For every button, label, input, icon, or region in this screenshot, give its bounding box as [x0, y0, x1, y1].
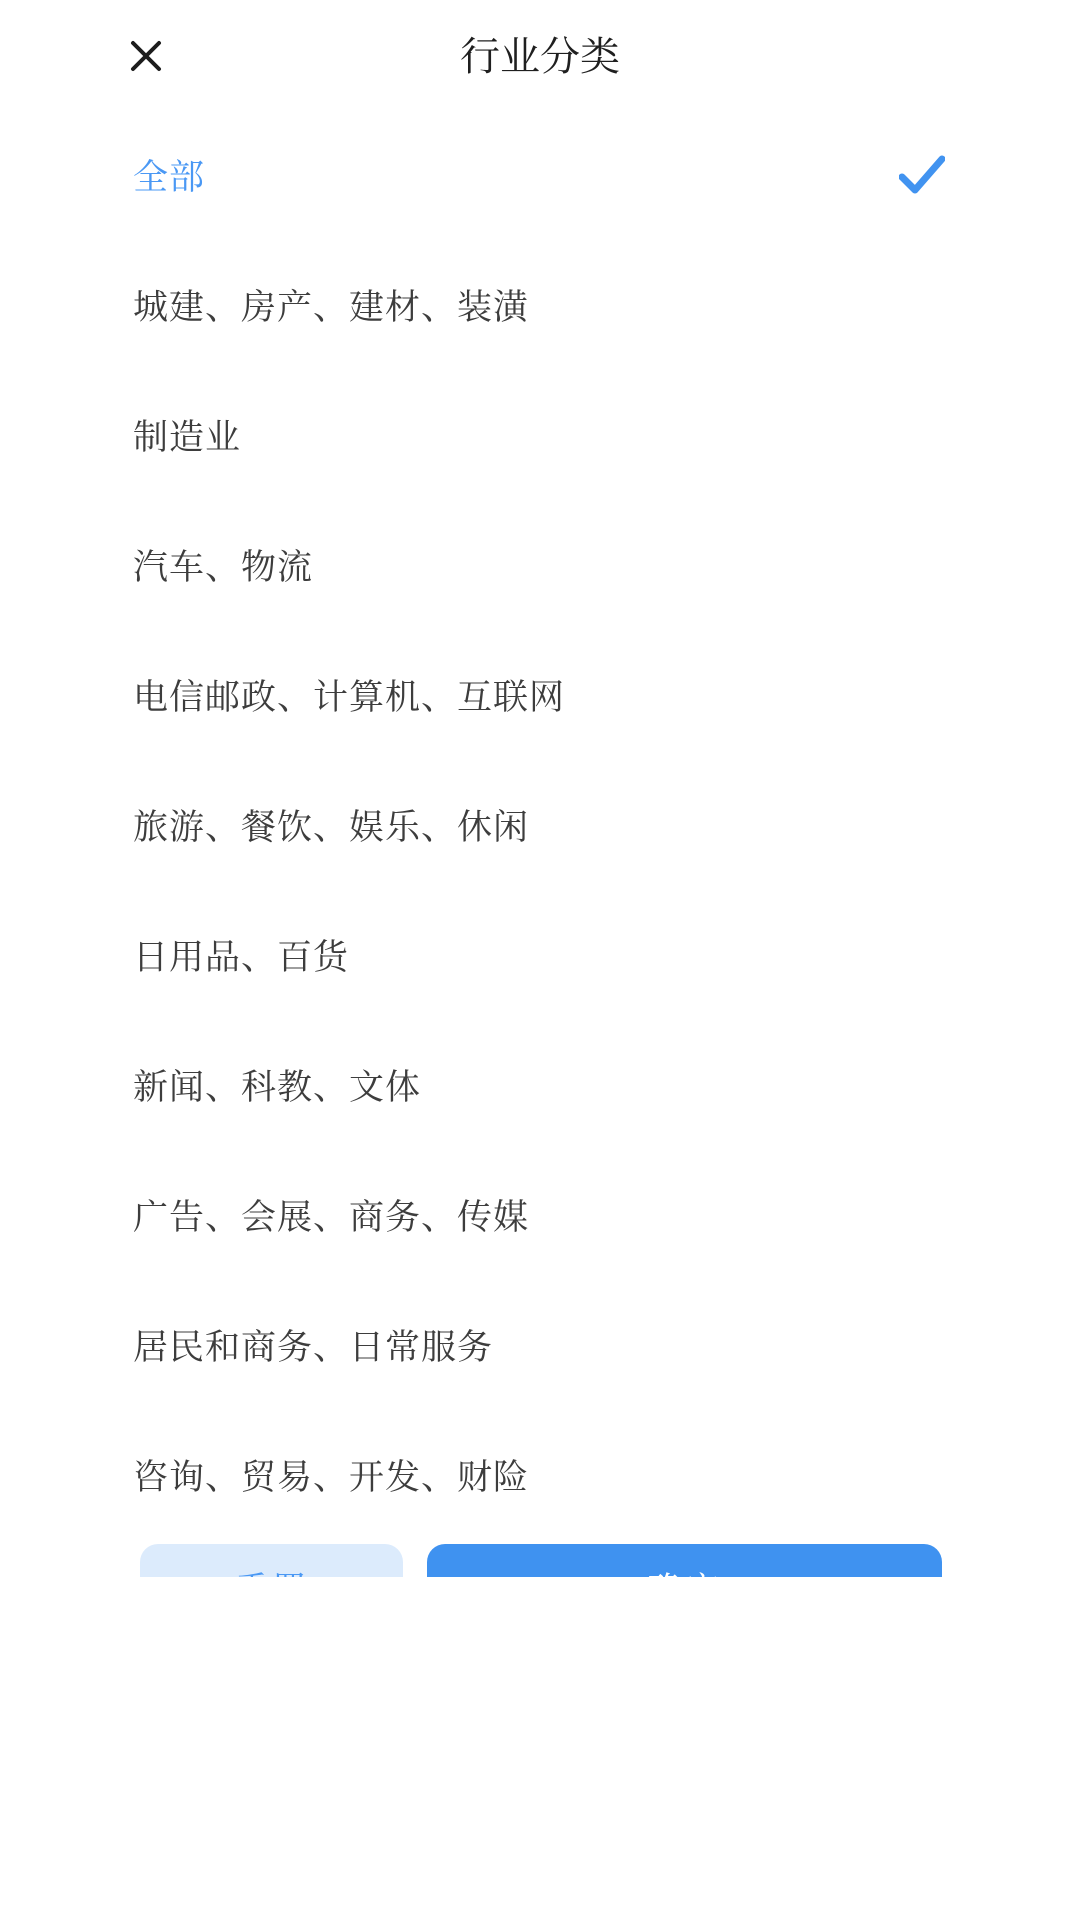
- category-option-label: 全部: [133, 150, 205, 200]
- reset-button[interactable]: 重置: [140, 1544, 403, 1577]
- sheet-footer: 重置 确定: [0, 1544, 1080, 1577]
- category-option[interactable]: 制造业: [0, 370, 1080, 500]
- category-option-label: 电信邮政、计算机、互联网: [133, 670, 565, 720]
- category-option-all[interactable]: 全部: [0, 110, 1080, 240]
- sheet-header: 行业分类: [0, 0, 1080, 110]
- category-list: 全部 城建、房产、建材、装潢 制造业 汽车、物流 电信邮政、计算机、互联网 旅游…: [0, 110, 1080, 1540]
- category-option-label: 居民和商务、日常服务: [133, 1320, 493, 1370]
- category-option[interactable]: 旅游、餐饮、娱乐、休闲: [0, 760, 1080, 890]
- category-option[interactable]: 汽车、物流: [0, 500, 1080, 630]
- category-option[interactable]: 城建、房产、建材、装潢: [0, 240, 1080, 370]
- category-option-label: 城建、房产、建材、装潢: [133, 280, 529, 330]
- category-option[interactable]: 新闻、科教、文体: [0, 1020, 1080, 1150]
- category-option[interactable]: 广告、会展、商务、传媒: [0, 1150, 1080, 1280]
- category-option-label: 广告、会展、商务、传媒: [133, 1190, 529, 1240]
- category-sheet: 行业分类 全部 城建、房产、建材、装潢 制造业 汽车、物流 电信邮政、计算机、互…: [0, 0, 1080, 1577]
- category-option-label: 咨询、贸易、开发、财险: [133, 1450, 529, 1500]
- confirm-button[interactable]: 确定: [427, 1544, 942, 1577]
- category-option[interactable]: 咨询、贸易、开发、财险: [0, 1410, 1080, 1540]
- category-option[interactable]: 电信邮政、计算机、互联网: [0, 630, 1080, 760]
- industry-category-screen: 行业分类 全部 城建、房产、建材、装潢 制造业 汽车、物流 电信邮政、计算机、互…: [0, 0, 1080, 1920]
- category-option-label: 制造业: [133, 410, 241, 460]
- category-option-label: 旅游、餐饮、娱乐、休闲: [133, 800, 529, 850]
- category-option-label: 新闻、科教、文体: [133, 1060, 421, 1110]
- category-option-label: 汽车、物流: [133, 540, 313, 590]
- category-option[interactable]: 居民和商务、日常服务: [0, 1280, 1080, 1410]
- category-option[interactable]: 日用品、百货: [0, 890, 1080, 1020]
- page-title: 行业分类: [0, 34, 1080, 80]
- category-option-label: 日用品、百货: [133, 930, 349, 980]
- checkmark-icon: [899, 155, 945, 195]
